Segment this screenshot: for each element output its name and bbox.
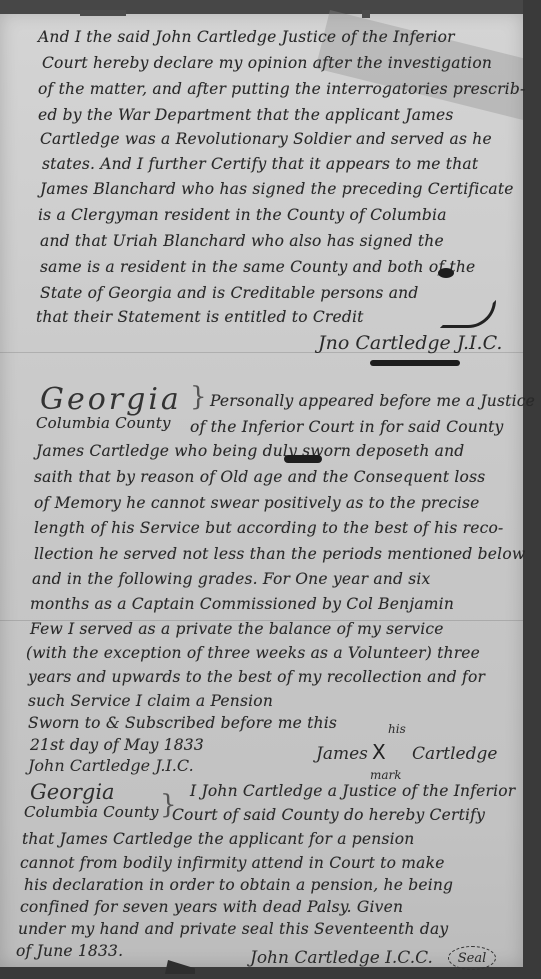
text-line: and in the following grades. For One yea… bbox=[32, 570, 431, 588]
text-line: states. And I further Certify that it ap… bbox=[42, 155, 478, 173]
justice-signature: Jno Cartledge J.I.C. bbox=[318, 332, 502, 354]
text-line: And I the said John Cartledge Justice of… bbox=[38, 28, 455, 46]
text-line: Cartledge was a Revolutionary Soldier an… bbox=[40, 130, 492, 148]
text-line: length of his Service but according to t… bbox=[34, 519, 503, 537]
text-line: years and upwards to the best of my reco… bbox=[28, 668, 485, 686]
state-heading: Georgia bbox=[30, 780, 115, 804]
ink-smear bbox=[284, 455, 322, 463]
text-line: James Blanchard who has signed the prece… bbox=[40, 180, 514, 198]
text-line: his declaration in order to obtain a pen… bbox=[24, 876, 453, 894]
text-line: is a Clergyman resident in the County of… bbox=[38, 206, 447, 224]
justice-signature: John Cartledge J.I.C. bbox=[28, 756, 194, 775]
scanned-document: And I the said John Cartledge Justice of… bbox=[0, 0, 541, 979]
state-heading: Georgia bbox=[40, 382, 182, 417]
text-line: I John Cartledge a Justice of the Inferi… bbox=[190, 782, 515, 800]
text-line: cannot from bodily infirmity attend in C… bbox=[20, 854, 445, 872]
ink-blot bbox=[438, 268, 454, 278]
paper-notch bbox=[80, 10, 126, 16]
text-line: of the Inferior Court in for said County bbox=[190, 418, 504, 436]
text-line: such Service I claim a Pension bbox=[28, 692, 273, 710]
text-line: ed by the War Department that the applic… bbox=[38, 106, 454, 124]
mark-label-his: his bbox=[388, 722, 406, 736]
applicant-first-name: James bbox=[316, 744, 368, 764]
text-line: Court hereby declare my opinion after th… bbox=[42, 54, 492, 72]
mark-label: mark bbox=[370, 768, 402, 782]
text-line: Personally appeared before me a Justice bbox=[210, 392, 535, 410]
justice-signature: John Cartledge I.C.C. bbox=[250, 948, 433, 968]
applicant-mark-x: X bbox=[372, 740, 386, 764]
text-line: 21st day of May 1833 bbox=[30, 736, 204, 754]
county-heading: Columbia County bbox=[24, 803, 159, 821]
text-line: months as a Captain Commissioned by Col … bbox=[30, 595, 454, 613]
text-line: Court of said County do hereby Certify bbox=[172, 806, 485, 824]
seal-mark: Seal bbox=[448, 946, 496, 970]
text-line: llection he served not less than the per… bbox=[34, 545, 525, 563]
text-line: of the matter, and after putting the int… bbox=[38, 80, 525, 98]
right-edge bbox=[523, 0, 541, 979]
ink-smear bbox=[370, 360, 460, 366]
paper-notch bbox=[362, 10, 370, 18]
text-line: that James Cartledge the applicant for a… bbox=[22, 830, 414, 848]
text-line: under my hand and private seal this Seve… bbox=[18, 920, 448, 938]
text-line: confined for seven years with dead Palsy… bbox=[20, 898, 403, 916]
text-line: saith that by reason of Old age and the … bbox=[34, 468, 485, 486]
text-line: (with the exception of three weeks as a … bbox=[26, 644, 480, 662]
text-line: and that Uriah Blanchard who also has si… bbox=[40, 232, 444, 250]
text-line: of Memory he cannot swear positively as … bbox=[34, 494, 480, 512]
text-line: State of Georgia and is Creditable perso… bbox=[40, 284, 418, 302]
text-line: same is a resident in the same County an… bbox=[40, 258, 475, 276]
county-heading: Columbia County bbox=[36, 414, 171, 432]
brace-mark: } bbox=[190, 382, 207, 412]
text-line: James Cartledge who being duly sworn dep… bbox=[36, 442, 464, 460]
text-line: of June 1833. bbox=[16, 942, 123, 960]
text-line: Sworn to & Subscribed before me this bbox=[28, 714, 337, 732]
text-line: Few I served as a private the balance of… bbox=[30, 620, 444, 638]
applicant-last-name: Cartledge bbox=[412, 744, 497, 764]
text-line: that their Statement is entitled to Cred… bbox=[36, 308, 364, 326]
